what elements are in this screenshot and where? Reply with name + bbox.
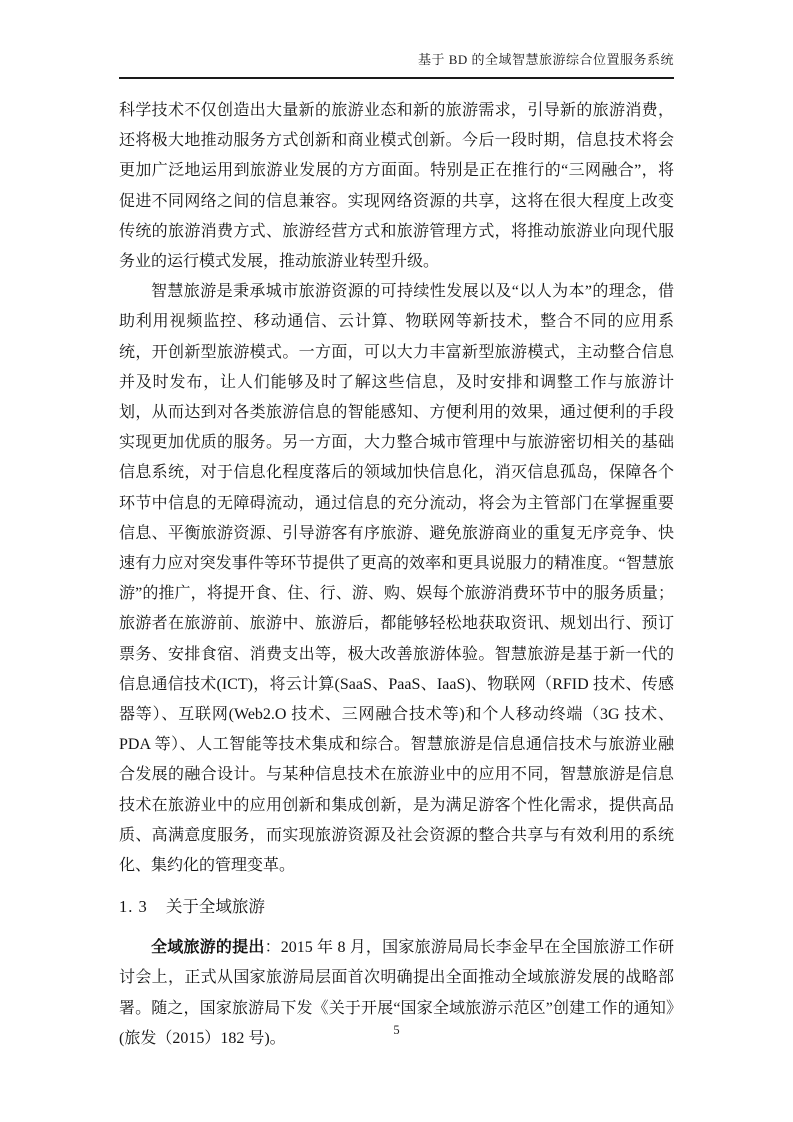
paragraph-lead-bold: 全域旅游的提出 — [151, 939, 265, 956]
section-number: 1. 3 — [119, 897, 148, 916]
running-header-title: 基于 BD 的全域智慧旅游综合位置服务系统 — [418, 52, 674, 67]
document-page: 基于 BD 的全域智慧旅游综合位置服务系统 科学技术不仅创造出大量新的旅游业态和… — [0, 0, 793, 1122]
paragraph-continuation: 科学技术不仅创造出大量新的旅游业态和新的旅游需求，引导新的旅游消费，还将极大地推… — [119, 96, 674, 277]
page-body: 科学技术不仅创造出大量新的旅游业态和新的旅游需求，引导新的旅游消费，还将极大地推… — [119, 96, 674, 1054]
section-heading: 1. 3关于全域旅游 — [119, 892, 674, 922]
section-title: 关于全域旅游 — [166, 897, 265, 916]
page-number: 5 — [393, 1023, 399, 1037]
page-footer: 5 — [119, 1023, 674, 1038]
running-header: 基于 BD 的全域智慧旅游综合位置服务系统 — [119, 49, 674, 79]
paragraph-smart-tourism: 智慧旅游是秉承城市旅游资源的可持续性发展以及“以人为本”的理念，借助利用视频监控… — [119, 277, 674, 881]
